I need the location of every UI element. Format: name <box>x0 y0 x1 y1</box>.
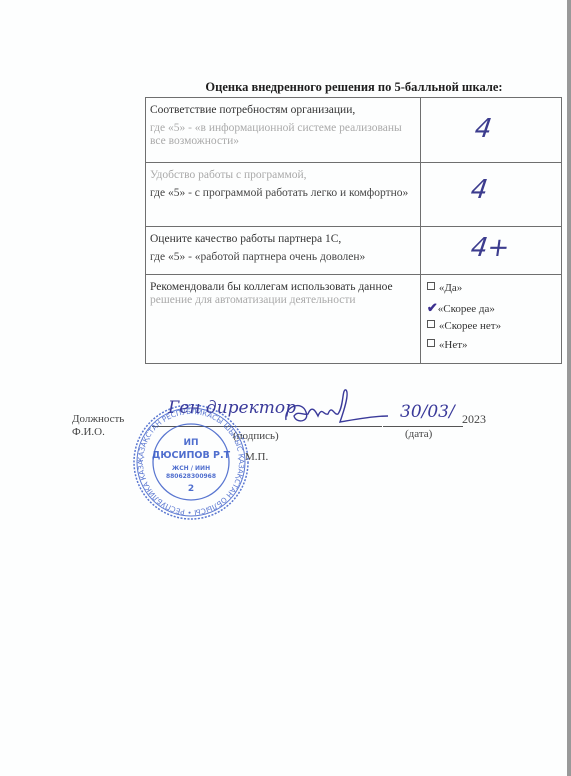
svg-text:880628300968: 880628300968 <box>166 473 216 480</box>
option-label: «Нет» <box>439 339 468 351</box>
question-text: Рекомендовали бы коллегам использовать д… <box>150 280 416 294</box>
question-text: Соответствие потребностям организации, <box>150 103 416 117</box>
option-item[interactable]: «Нет» <box>427 338 557 357</box>
answer-cell: «Да»✔«Скорее да»«Скорее нет»«Нет» <box>420 275 561 364</box>
question-cell: Рекомендовали бы коллегам использовать д… <box>146 275 421 364</box>
handwritten-date: 30/03/ <box>400 402 455 422</box>
table-row: Оцените качество работы партнера 1С, где… <box>146 227 562 275</box>
question-cell: Соответствие потребностям организации, г… <box>146 98 421 163</box>
handwritten-grade: 4+ <box>469 233 512 263</box>
handwritten-position: Ген директор <box>168 398 296 418</box>
signature-caption: (подпись) <box>233 430 279 442</box>
question-explanation: решение для автоматизации деятельности <box>150 294 416 307</box>
handwritten-grade: 4 <box>473 114 494 144</box>
signature-icon <box>282 386 392 430</box>
position-label: Должность <box>72 413 124 425</box>
answer-cell[interactable]: 4 <box>420 163 561 227</box>
svg-text:ДЮСИПОВ Р.Т: ДЮСИПОВ Р.Т <box>152 450 231 461</box>
question-explanation: где «5» - с программой работать легко и … <box>150 187 416 200</box>
option-item[interactable]: ✔«Скорее да» <box>427 300 557 319</box>
table-row: Удобство работы с программой, где «5» - … <box>146 163 562 227</box>
question-explanation: где «5» - «работой партнера очень доволе… <box>150 251 416 264</box>
evaluation-table: Соответствие потребностям организации, г… <box>145 97 562 364</box>
checkbox-icon[interactable] <box>427 339 435 347</box>
handwritten-grade: 4 <box>469 175 490 205</box>
option-label: «Скорее да» <box>438 303 495 315</box>
table-row: Соответствие потребностям организации, г… <box>146 98 562 163</box>
form-title: Оценка внедренного решения по 5-балльной… <box>144 80 564 95</box>
name-label: Ф.И.О. <box>72 426 105 438</box>
answer-cell[interactable]: 4 <box>420 98 561 163</box>
question-text: Удобство работы с программой, <box>150 168 416 182</box>
date-caption: (дата) <box>405 428 432 440</box>
checkbox-icon[interactable] <box>427 320 435 328</box>
option-label: «Скорее нет» <box>439 320 501 332</box>
question-cell: Оцените качество работы партнера 1С, где… <box>146 227 421 275</box>
svg-text:ЖСН / ИИН: ЖСН / ИИН <box>172 465 210 472</box>
company-stamp: ҚАЗАҚСТАН РЕСПУБЛИКАСЫ ШЫҒЫС ҚАЗАҚСТАН О… <box>132 403 250 521</box>
svg-text:ИП: ИП <box>183 438 198 448</box>
date-line <box>383 426 463 427</box>
checkbox-icon[interactable] <box>427 282 435 290</box>
scan-edge <box>567 0 571 776</box>
checkmark-icon[interactable]: ✔ <box>427 300 438 315</box>
svg-text:2: 2 <box>188 484 194 494</box>
table-row: Рекомендовали бы коллегам использовать д… <box>146 275 562 364</box>
recommend-options: «Да»✔«Скорее да»«Скорее нет»«Нет» <box>425 280 557 357</box>
question-text: Оцените качество работы партнера 1С, <box>150 232 416 246</box>
seal-label: М.П. <box>245 451 268 463</box>
answer-cell[interactable]: 4+ <box>420 227 561 275</box>
option-item[interactable]: «Скорее нет» <box>427 319 557 338</box>
option-label: «Да» <box>439 282 462 294</box>
question-cell: Удобство работы с программой, где «5» - … <box>146 163 421 227</box>
stamp-icon: ҚАЗАҚСТАН РЕСПУБЛИКАСЫ ШЫҒЫС ҚАЗАҚСТАН О… <box>132 403 250 521</box>
question-explanation: где «5» - «в информационной системе реал… <box>150 122 416 148</box>
date-year: 2023 <box>462 412 486 427</box>
option-item[interactable]: «Да» <box>427 281 557 300</box>
